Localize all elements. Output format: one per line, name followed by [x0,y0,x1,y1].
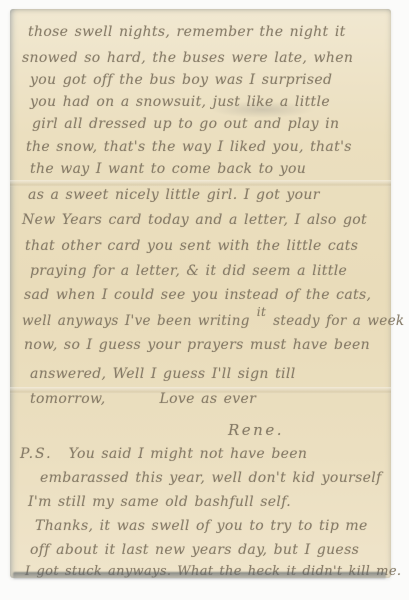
letter-line: snowed so hard, the buses were late, whe… [22,50,353,66]
letter-line: sad when I could see you instead of the … [24,287,371,303]
closing-line: tomorrow,Love as ever [30,391,256,407]
letter-line: praying for a letter, & it did seem a li… [30,263,347,279]
fold-crease [10,180,391,187]
postscript-line: Thanks, it was swell of you to try to ti… [35,518,368,534]
letter-line-with-insertion: well anyways I've been writingitsteady f… [22,313,404,329]
letter-line: answered, Well I guess I'll sign till [30,366,296,382]
scanned-letter-photo: those swell nights, remember the night i… [0,0,409,600]
closing-lead: tomorrow, [30,391,106,407]
postscript-line: P.S.You said I might not have been [20,446,307,462]
letter-line: New Years card today and a letter, I als… [22,212,367,228]
inserted-word-above-line: it [257,305,266,319]
postscript-label: P.S. [20,446,53,462]
valediction: Love as ever [160,391,257,407]
postscript-line: off about it last new years day, but I g… [30,542,359,558]
letter-line: you got off the bus boy was I surprised [30,72,332,88]
letter-line: the snow, that's the way I liked you, th… [26,139,352,155]
letter-line: now, so I guess your prayers must have b… [24,337,370,353]
letter-line: as a sweet nicely little girl. I got you… [28,187,320,203]
letter-line: those swell nights, remember the night i… [28,24,346,40]
postscript-line: embarassed this year, well don't kid you… [40,470,382,486]
paper-bottom-edge-shadow [13,572,386,579]
letter-line-text: steady for a week [273,313,404,329]
letter-line: that other card you sent with the little… [25,238,358,254]
postscript-line: I'm still my same old bashfull self. [28,494,291,510]
postscript-text: You said I might not have been [69,446,308,462]
letter-line: you had on a snowsuit, just like a littl… [30,94,330,110]
letter-line: girl all dressed up to go out and play i… [32,116,339,132]
signature: Rene. [228,421,284,439]
letter-line: the way I want to come back to you [30,161,306,177]
letter-page: those swell nights, remember the night i… [10,9,391,578]
letter-line-text: well anyways I've been writing [22,313,250,329]
